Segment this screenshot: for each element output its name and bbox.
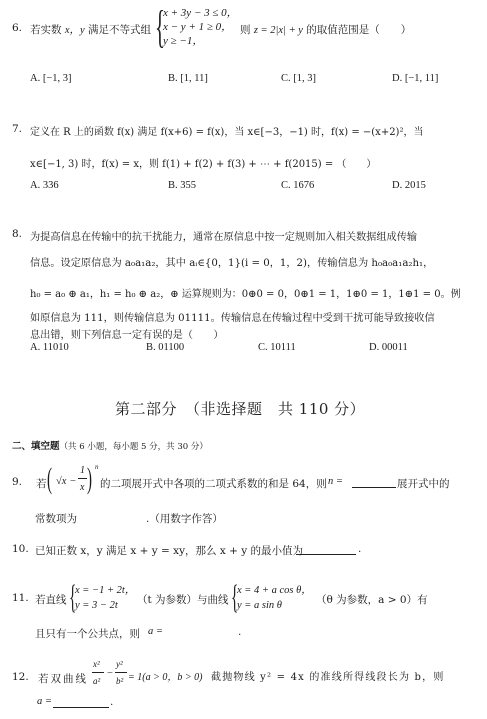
option-value: 1676	[293, 180, 314, 191]
n-equals: n =	[328, 476, 343, 487]
question-stem-line1: 定义在 R 上的函数 f(x) 满足 f(x+6) = f(x)，当 x∈[−3…	[30, 123, 423, 138]
math-minus: −	[107, 668, 113, 679]
option-value: 2015	[405, 180, 426, 191]
option-label: A.	[30, 73, 40, 84]
question-stem-line3: h₀ = a₀ ⊕ a₁，h₁ = h₀ ⊕ a₂，⊕ 运算规则为：0⊕0 = …	[30, 285, 461, 300]
question-stem: 的二项展开式中各项的二项式系数的和是 64，则	[100, 476, 327, 491]
option-a[interactable]: A. 336	[30, 180, 59, 191]
fraction-bar	[78, 478, 87, 479]
option-label: A.	[30, 180, 40, 191]
option-d[interactable]: D. [−1, 11]	[392, 73, 438, 84]
question-number: 7.	[12, 123, 22, 135]
question-prefix: 若直线	[35, 592, 67, 607]
question-stem-tail: 则 z = 2|x| + y 的取值范围是（ ）	[240, 22, 411, 37]
frac-denominator: x	[80, 482, 84, 493]
question-number: 11.	[12, 592, 29, 604]
option-value: 336	[43, 180, 59, 191]
answer-blank[interactable]	[296, 544, 356, 555]
a-equals: a =	[37, 696, 52, 707]
math-sqrt: √x	[56, 476, 66, 487]
question-stem-line5: 息出错，则下列信息一定有误的是（ ）	[30, 326, 224, 341]
option-label: D.	[392, 73, 402, 84]
param-row: y = a sin θ	[237, 598, 312, 613]
curve-param-system: x = 4 + a cos θ， y = a sin θ	[237, 583, 312, 613]
param-row: x = 4 + a cos θ，	[237, 583, 312, 598]
part-title: 第二部分 （非选择题 共 110 分）	[115, 398, 365, 419]
section-heading: 二、填空题（共 6 小题，每小题 5 分，共 30 分）	[12, 438, 208, 452]
frac-numerator: 1	[80, 465, 85, 476]
option-value: [−1, 3]	[43, 73, 72, 84]
option-value: 355	[180, 180, 196, 191]
question-after: （θ 为参数，a > 0）有	[316, 592, 428, 607]
section-heading-label: 二、填空题	[12, 441, 60, 452]
power-n: n	[95, 463, 99, 471]
stem-text: 满足不等式组	[88, 24, 151, 36]
frac2-numerator: y²	[116, 659, 123, 669]
option-value: 01100	[158, 342, 184, 353]
math-minus: −	[70, 476, 76, 487]
frac2-denominator: b²	[116, 676, 123, 686]
param-row: y = 3 − 2t	[75, 598, 135, 613]
stem-text: 的取值范围是（ ）	[306, 24, 411, 36]
question-number: 9.	[12, 476, 22, 488]
option-b[interactable]: B. [1, 11]	[168, 73, 208, 84]
option-label: C.	[281, 73, 291, 84]
option-value: 10111	[270, 342, 295, 353]
question-number: 6.	[12, 22, 22, 34]
option-value: 00011	[382, 342, 408, 353]
question-number: 8.	[12, 228, 22, 240]
a-equals: a =	[148, 626, 163, 637]
math-expr: z = 2|x| + y	[254, 25, 303, 36]
condition: = 1(a > 0，b > 0)	[128, 668, 202, 683]
question-stem-line2: 信息。设定原信息为 a₀a₁a₂，其中 aᵢ∈{0，1}(i = 0，1，2)，…	[30, 254, 433, 269]
option-value: [1, 11]	[180, 73, 208, 84]
option-a[interactable]: A. 11010	[30, 342, 69, 353]
question-stem-line2: 常数项为	[35, 511, 77, 526]
option-b[interactable]: B. 01100	[146, 342, 184, 353]
option-label: D.	[392, 180, 402, 191]
option-d[interactable]: D. 00011	[369, 342, 408, 353]
option-value: [−1, 11]	[405, 73, 439, 84]
option-label: A.	[30, 342, 40, 353]
param-row: x = −1 + 2t，	[75, 583, 135, 598]
question-mid: （t 为参数）与曲线	[137, 592, 229, 607]
option-label: D.	[369, 342, 379, 353]
option-d[interactable]: D. 2015	[392, 180, 426, 191]
question-stem-line2: 且只有一个公共点，则	[35, 626, 140, 641]
answer-blank-constant[interactable]	[76, 511, 146, 523]
fraction-bar	[115, 672, 127, 673]
right-paren-icon: )	[87, 462, 92, 496]
option-label: B.	[168, 73, 178, 84]
section-heading-note: （共 6 小题，每小题 5 分，共 30 分）	[60, 442, 208, 452]
question-stem-tail: 展开式中的	[397, 476, 450, 491]
option-label: C.	[258, 342, 268, 353]
option-value: [1, 3]	[293, 73, 316, 84]
question-tail: .	[238, 626, 241, 638]
fraction-bar	[92, 672, 104, 673]
option-a[interactable]: A. [−1, 3]	[30, 73, 72, 84]
stem-text: 若实数	[30, 24, 62, 36]
option-value: 11010	[43, 342, 69, 353]
question-tail: .	[358, 543, 361, 555]
answer-blank[interactable]	[53, 697, 109, 708]
question-tail: .	[110, 696, 113, 708]
option-c[interactable]: C. 10111	[258, 342, 296, 353]
question-number: 10.	[12, 543, 29, 555]
inequality-row: y ≥ −1，	[163, 34, 238, 48]
line-param-system: x = −1 + 2t， y = 3 − 2t	[75, 583, 135, 613]
math-vars: x，y	[65, 25, 85, 36]
inequality-row: x + 3y − 3 ≤ 0，	[163, 6, 238, 20]
inequality-system: x + 3y − 3 ≤ 0， x − y + 1 ≥ 0， y ≥ −1，	[163, 6, 238, 48]
option-c[interactable]: C. 1676	[281, 180, 314, 191]
option-label: B.	[168, 180, 178, 191]
question-stem-line4: 如原信息为 111，则传输信息为 01111。传输信息在传输过程中受到干扰可能导…	[30, 309, 435, 324]
question-stem: 若实数 x，y 满足不等式组	[30, 22, 151, 37]
option-b[interactable]: B. 355	[168, 180, 196, 191]
option-label: C.	[281, 180, 291, 191]
answer-blank[interactable]	[166, 626, 236, 638]
question-stem: 已知正数 x，y 满足 x + y = xy，那么 x + y 的最小值为	[35, 543, 303, 558]
question-number: 12.	[12, 671, 29, 683]
question-stem-line2: x∈[−1, 3) 时，f(x) = x，则 f(1) + f(2) + f(3…	[30, 155, 376, 170]
answer-blank-n[interactable]	[352, 477, 396, 488]
frac1-numerator: x²	[93, 659, 100, 669]
question-stem-line1: 为提高信息在传输中的抗干扰能力，通常在原信息中按一定规则加入相关数据组成传输	[30, 228, 417, 243]
inequality-row: x − y + 1 ≥ 0，	[163, 20, 238, 34]
stem-text: 则	[240, 24, 251, 36]
left-paren-icon: (	[47, 462, 52, 496]
option-c[interactable]: C. [1, 3]	[281, 73, 316, 84]
question-stem-line2-tail: .（用数字作答）	[146, 511, 223, 526]
question-prefix: 若双曲线	[38, 671, 88, 686]
question-prefix: 若	[36, 476, 47, 491]
frac1-denominator: a²	[93, 676, 100, 686]
option-label: B.	[146, 342, 156, 353]
question-stem: 截抛物线 y² = 4x 的准线所得线段长为 b，则	[211, 668, 445, 683]
